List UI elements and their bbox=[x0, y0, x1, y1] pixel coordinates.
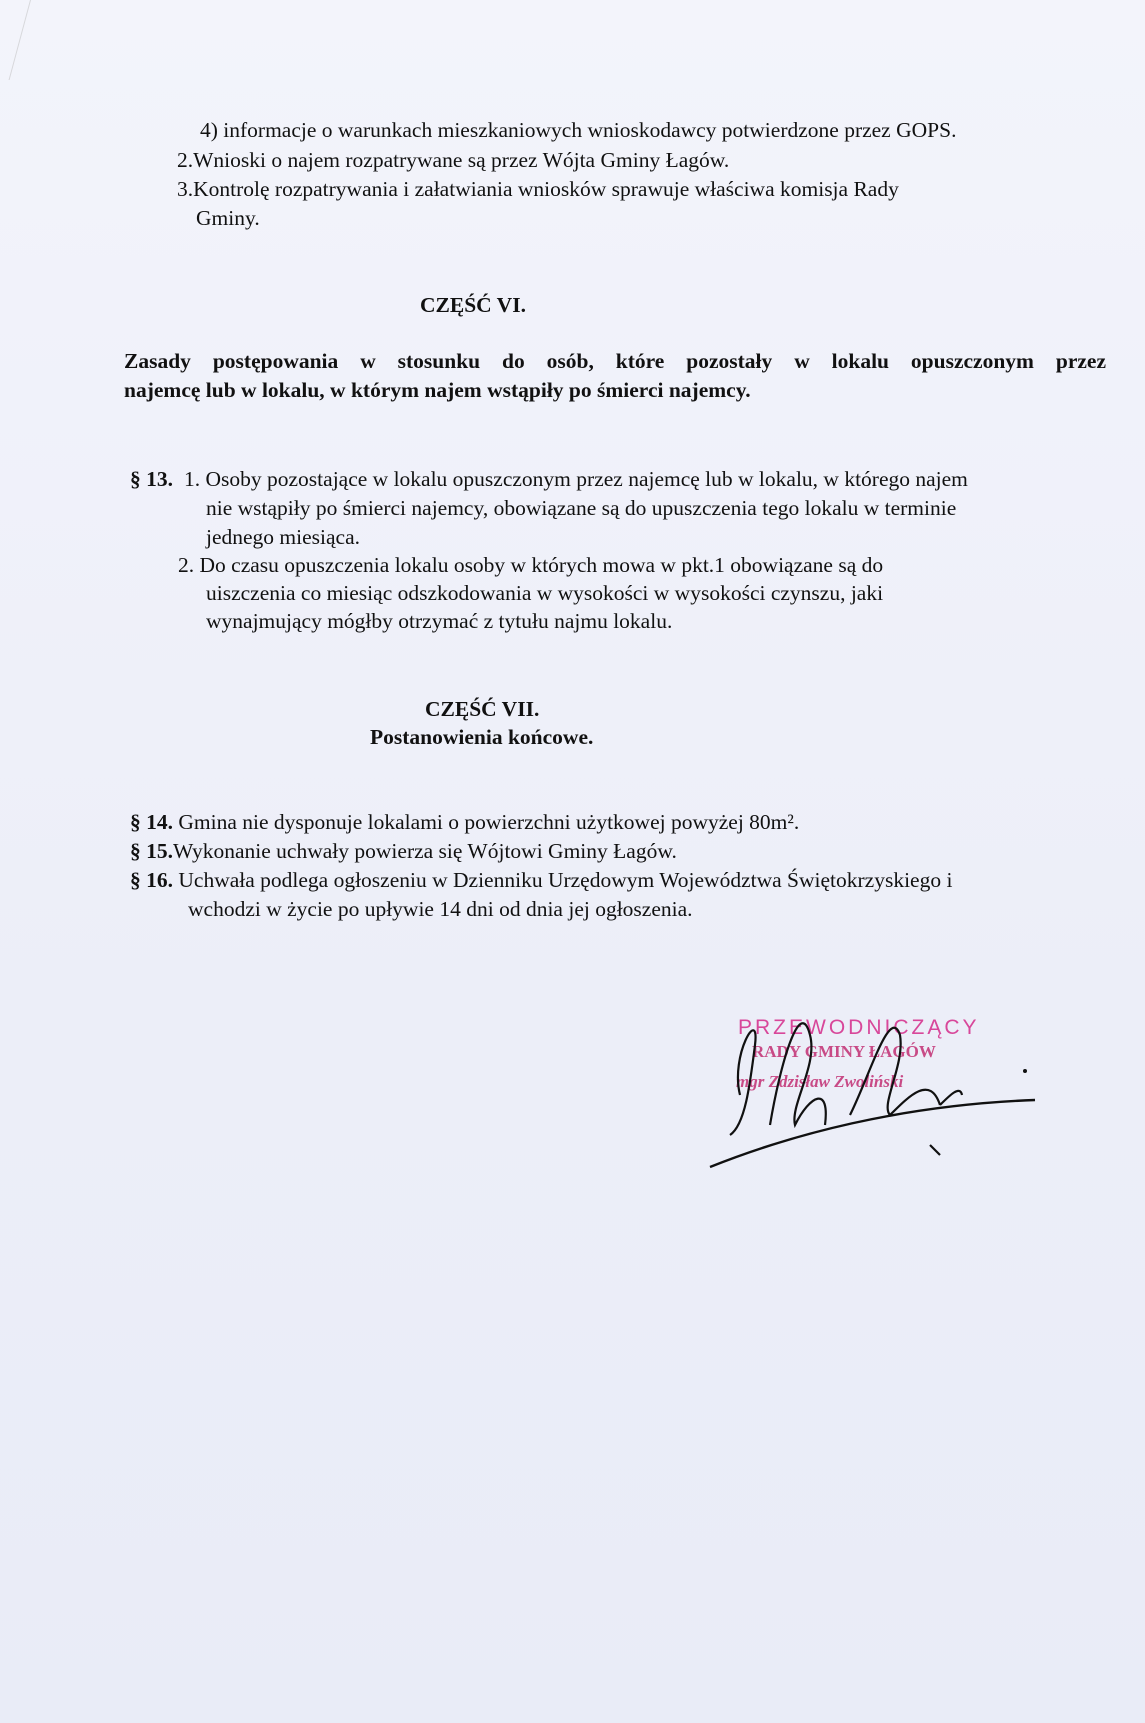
s15: § 15.Wykonanie uchwały powierza się Wójt… bbox=[130, 838, 677, 864]
s13-p1-line3: jednego miesiąca. bbox=[206, 524, 360, 550]
s13-p2-line2: uiszczenia co miesiąc odszkodowania w wy… bbox=[206, 580, 883, 606]
part6-heading: CZĘŚĆ VI. bbox=[420, 292, 526, 318]
intro-item-2: 2.Wnioski o najem rozpatrywane są przez … bbox=[177, 147, 729, 173]
s14-text: Gmina nie dysponuje lokalami o powierzch… bbox=[178, 810, 799, 834]
part6-subtitle-line2: najemcę lub w lokalu, w którym najem wst… bbox=[124, 377, 751, 403]
s16-text-line1: Uchwała podlega ogłoszeniu w Dzienniku U… bbox=[178, 868, 952, 892]
s13-p2-line3: wynajmujący mógłby otrzymać z tytułu naj… bbox=[206, 608, 672, 634]
s14: § 14. Gmina nie dysponuje lokalami o pow… bbox=[130, 809, 799, 835]
s16-label: § 16. bbox=[130, 868, 173, 892]
s13-label: § 13. bbox=[130, 466, 173, 492]
s15-label: § 15. bbox=[130, 839, 173, 863]
s16: § 16. Uchwała podlega ogłoszeniu w Dzien… bbox=[130, 867, 952, 893]
part7-subtitle: Postanowienia końcowe. bbox=[370, 724, 593, 750]
s13-p1-line1: 1. Osoby pozostające w lokalu opuszczony… bbox=[184, 466, 968, 492]
page-edge bbox=[0, 0, 31, 80]
part7-heading: CZĘŚĆ VII. bbox=[425, 696, 539, 722]
intro-item-4: 4) informacje o warunkach mieszkaniowych… bbox=[200, 117, 956, 143]
part6-subtitle-line1: Zasady postępowania w stosunku do osób, … bbox=[124, 348, 1106, 374]
s14-label: § 14. bbox=[130, 810, 173, 834]
document-page: 4) informacje o warunkach mieszkaniowych… bbox=[0, 0, 1145, 1723]
intro-item-3: 3.Kontrolę rozpatrywania i załatwiania w… bbox=[177, 176, 899, 202]
s15-text: Wykonanie uchwały powierza się Wójtowi G… bbox=[173, 839, 677, 863]
intro-item-3-cont: Gminy. bbox=[196, 205, 260, 231]
signature-icon bbox=[700, 985, 1040, 1185]
s13-p1-line2: nie wstąpiły po śmierci najemcy, obowiąz… bbox=[206, 495, 956, 521]
s13-p2-line1: 2. Do czasu opuszczenia lokalu osoby w k… bbox=[178, 552, 883, 578]
s16-text-line2: wchodzi w życie po upływie 14 dni od dni… bbox=[188, 896, 693, 922]
